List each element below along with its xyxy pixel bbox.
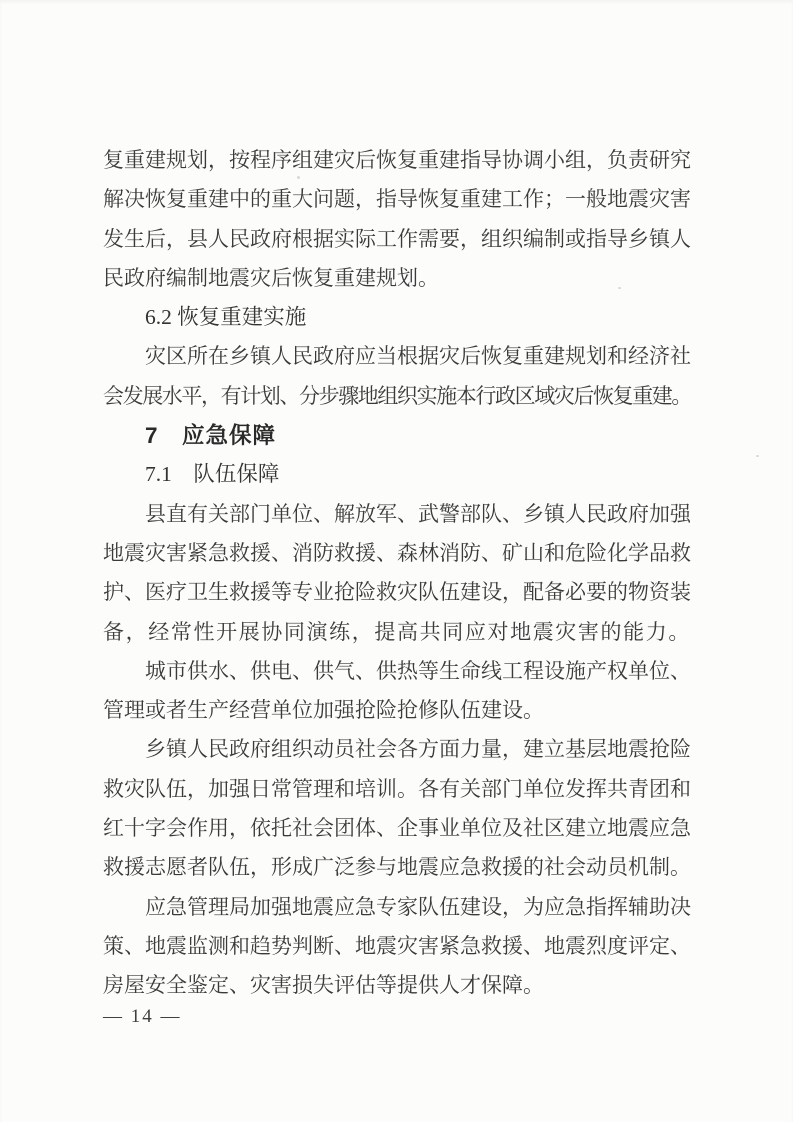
body-line-text: 应急管理局加强地震应急专家队伍建设，为应急指挥辅助决 <box>145 888 691 927</box>
body-line-text: 乡镇人民政府组织动员社会各方面力量，建立基层地震抢险 <box>145 730 691 769</box>
body-line-text: 护、医疗卫生救援等专业抢险救灾队伍建设，配备必要的物资装 <box>103 573 691 612</box>
body-line-text: 管理或者生产经营单位加强抢险抢修队伍建设。 <box>103 691 544 730</box>
body-line-text: 房屋安全鉴定、灾害损失评估等提供人才保障。 <box>103 966 544 1005</box>
body-line: 乡镇人民政府组织动员社会各方面力量，建立基层地震抢险 <box>103 730 691 769</box>
heading-6-2-recovery-implementation: 6.2 恢复重建实施 <box>103 298 691 337</box>
body-line-text: 复重建规划，按程序组建灾后恢复重建指导协调小组，负责研究 <box>103 141 691 180</box>
scan-speck <box>297 176 300 179</box>
body-line: 救援志愿者队伍，形成广泛参与地震应急救援的社会动员机制。 <box>103 848 691 887</box>
page-number: — 14 — <box>103 1001 182 1033</box>
body-line-text: 城市供水、供电、供气、供热等生命线工程设施产权单位、 <box>145 652 691 691</box>
body-line-text: 红十字会作用，依托社会团体、企事业单位及社区建立地震应急 <box>103 809 691 848</box>
body-line-text: 县直有关部门单位、解放军、武警部队、乡镇人民政府加强 <box>145 495 691 534</box>
body-line-text: 救援志愿者队伍，形成广泛参与地震应急救援的社会动员机制。 <box>103 848 691 887</box>
heading-7-1-team-support: 7.1 队伍保障 <box>103 455 691 494</box>
body-line: 备，经常性开展协同演练，提高共同应对地震灾害的能力。 <box>103 613 691 652</box>
body-line: 县直有关部门单位、解放军、武警部队、乡镇人民政府加强 <box>103 495 691 534</box>
body-line: 发生后，县人民政府根据实际工作需要，组织编制或指导乡镇人 <box>103 220 691 259</box>
scan-speck <box>618 287 621 289</box>
body-line-text: 救灾队伍，加强日常管理和培训。各有关部门单位发挥共青团和 <box>103 770 691 809</box>
body-line-text: 发生后，县人民政府根据实际工作需要，组织编制或指导乡镇人 <box>103 220 691 259</box>
body-line-text: 会发展水平，有计划、分步骤地组织实施本行政区域灾后恢复重建。 <box>103 377 691 416</box>
scanned-document-page: 复重建规划，按程序组建灾后恢复重建指导协调小组，负责研究 解决恢复重建中的重大问… <box>0 0 793 1122</box>
heading-text: 7.1 队伍保障 <box>145 455 279 494</box>
body-line: 救灾队伍，加强日常管理和培训。各有关部门单位发挥共青团和 <box>103 770 691 809</box>
scan-speck <box>756 455 759 457</box>
body-line: 管理或者生产经营单位加强抢险抢修队伍建设。 <box>103 691 691 730</box>
body-line-text: 策、地震监测和趋势判断、地震灾害紧急救援、地震烈度评定、 <box>103 927 691 966</box>
body-line: 房屋安全鉴定、灾害损失评估等提供人才保障。 <box>103 966 691 1005</box>
body-line: 应急管理局加强地震应急专家队伍建设，为应急指挥辅助决 <box>103 888 691 927</box>
body-line: 解决恢复重建中的重大问题，指导恢复重建工作；一般地震灾害 <box>103 180 691 219</box>
body-line: 民政府编制地震灾后恢复重建规划。 <box>103 259 691 298</box>
body-line: 会发展水平，有计划、分步骤地组织实施本行政区域灾后恢复重建。 <box>103 377 691 416</box>
body-line-text: 灾区所在乡镇人民政府应当根据灾后恢复重建规划和经济社 <box>145 337 691 376</box>
body-line-text: 备，经常性开展协同演练，提高共同应对地震灾害的能力。 <box>103 613 691 652</box>
heading-text: 7 应急保障 <box>145 416 276 455</box>
body-line: 策、地震监测和趋势判断、地震灾害紧急救援、地震烈度评定、 <box>103 927 691 966</box>
body-line-text: 地震灾害紧急救援、消防救援、森林消防、矿山和危险化学品救 <box>103 534 691 573</box>
body-line-text: 解决恢复重建中的重大问题，指导恢复重建工作；一般地震灾害 <box>103 180 691 219</box>
document-text-block: 复重建规划，按程序组建灾后恢复重建指导协调小组，负责研究 解决恢复重建中的重大问… <box>103 141 691 1006</box>
body-line: 地震灾害紧急救援、消防救援、森林消防、矿山和危险化学品救 <box>103 534 691 573</box>
heading-text: 6.2 恢复重建实施 <box>145 298 306 337</box>
body-line: 复重建规划，按程序组建灾后恢复重建指导协调小组，负责研究 <box>103 141 691 180</box>
heading-7-emergency-support: 7 应急保障 <box>103 416 691 455</box>
body-line: 红十字会作用，依托社会团体、企事业单位及社区建立地震应急 <box>103 809 691 848</box>
body-line: 护、医疗卫生救援等专业抢险救灾队伍建设，配备必要的物资装 <box>103 573 691 612</box>
body-line: 城市供水、供电、供气、供热等生命线工程设施产权单位、 <box>103 652 691 691</box>
body-line-text: 民政府编制地震灾后恢复重建规划。 <box>103 259 439 298</box>
body-line: 灾区所在乡镇人民政府应当根据灾后恢复重建规划和经济社 <box>103 337 691 376</box>
